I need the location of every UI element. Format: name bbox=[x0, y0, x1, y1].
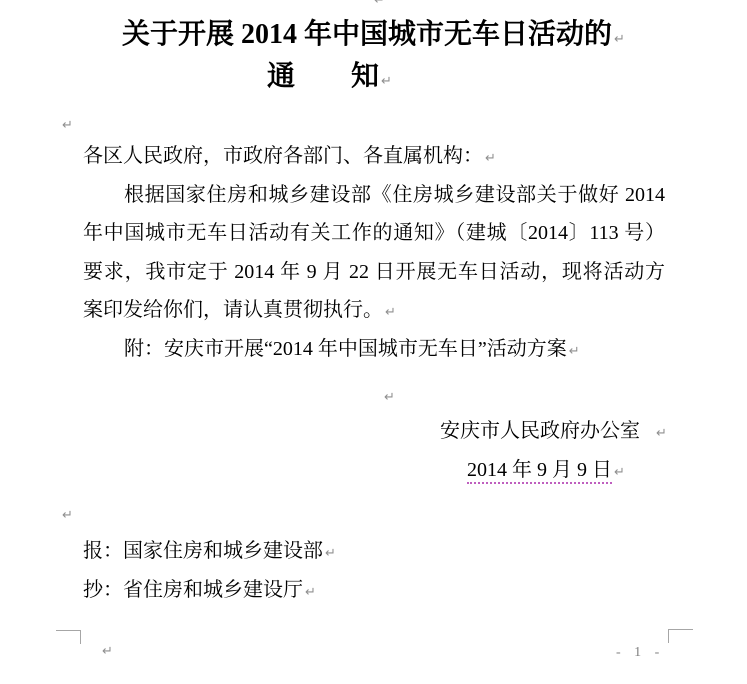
body-line-2: 年中国城市无车日活动有关工作的通知》（建城〔2014〕113 号） bbox=[83, 221, 665, 245]
date-smart-tag: 9 月 22 日 bbox=[307, 261, 396, 284]
body-line-4: 案印发给你们，请认真贯彻执行。↵ bbox=[83, 298, 396, 322]
paragraph-mark: ↵ bbox=[325, 546, 336, 561]
document-page: ↵ 关于开展 2014 年中国城市无车日活动的↵ 通 知↵ ↵ 各区人民政府，市… bbox=[0, 0, 747, 684]
body-line-4-text: 案印发给你们，请认真贯彻执行。 bbox=[83, 299, 383, 321]
paragraph-mark: ↵ bbox=[656, 426, 667, 441]
cc-copy-text: 抄：省住房和城乡建设厅 bbox=[83, 579, 303, 601]
signature-org: 安庆市人民政府办公室↵ bbox=[440, 419, 667, 443]
salutation-text: 各区人民政府，市政府各部门、各直属机构： bbox=[83, 145, 483, 167]
cc-report-text: 报：国家住房和城乡建设部 bbox=[83, 540, 323, 562]
paragraph-mark: ↵ bbox=[614, 32, 625, 47]
paragraph-mark: ↵ bbox=[614, 465, 625, 480]
title-line-1: 关于开展 2014 年中国城市无车日活动的↵ bbox=[0, 18, 747, 57]
attachment-text: 附：安庆市开展“2014 年中国城市无车日”活动方案 bbox=[124, 338, 567, 360]
body-line-1: 根据国家住房和城乡建设部《住房城乡建设部关于做好 2014 bbox=[124, 183, 665, 207]
date-smart-tag: 2014 年 9 月 9 日 bbox=[467, 459, 612, 484]
page-number: - 1 - bbox=[616, 644, 664, 662]
paragraph-mark: ↵ bbox=[305, 585, 316, 600]
paragraph-mark: ↵ bbox=[569, 344, 580, 359]
salutation-line: 各区人民政府，市政府各部门、各直属机构：↵ bbox=[83, 144, 496, 168]
cc-copy-line: 抄：省住房和城乡建设厅↵ bbox=[83, 578, 316, 602]
paragraph-mark: ↵ bbox=[384, 390, 395, 405]
signature-org-text: 安庆市人民政府办公室 bbox=[440, 420, 640, 442]
paragraph-mark: ↵ bbox=[385, 305, 396, 320]
title-line-2-text: 通 知 bbox=[267, 61, 379, 92]
margin-corner-left-icon bbox=[56, 630, 81, 644]
body-line-3-post: 开展无车日活动，现将活动方 bbox=[396, 261, 665, 283]
cc-report-line: 报：国家住房和城乡建设部↵ bbox=[83, 539, 336, 563]
title-line-1-text: 关于开展 2014 年中国城市无车日活动的 bbox=[122, 19, 612, 50]
margin-corner-right-icon bbox=[668, 629, 693, 643]
paragraph-mark: ↵ bbox=[62, 118, 73, 133]
paragraph-mark: ↵ bbox=[485, 151, 496, 166]
title-line-2: 通 知↵ bbox=[267, 60, 392, 99]
paragraph-mark: ↵ bbox=[381, 74, 392, 89]
body-line-3: 要求，我市定于 2014 年 9 月 22 日开展无车日活动，现将活动方 bbox=[83, 260, 665, 284]
signature-date: 2014 年 9 月 9 日↵ bbox=[467, 458, 625, 482]
body-line-3-pre: 要求，我市定于 2014 年 bbox=[83, 261, 307, 283]
paragraph-mark: ↵ bbox=[102, 644, 113, 659]
paragraph-mark: ↵ bbox=[62, 508, 73, 523]
attachment-line: 附：安庆市开展“2014 年中国城市无车日”活动方案↵ bbox=[124, 337, 580, 361]
paragraph-mark: ↵ bbox=[374, 0, 385, 8]
